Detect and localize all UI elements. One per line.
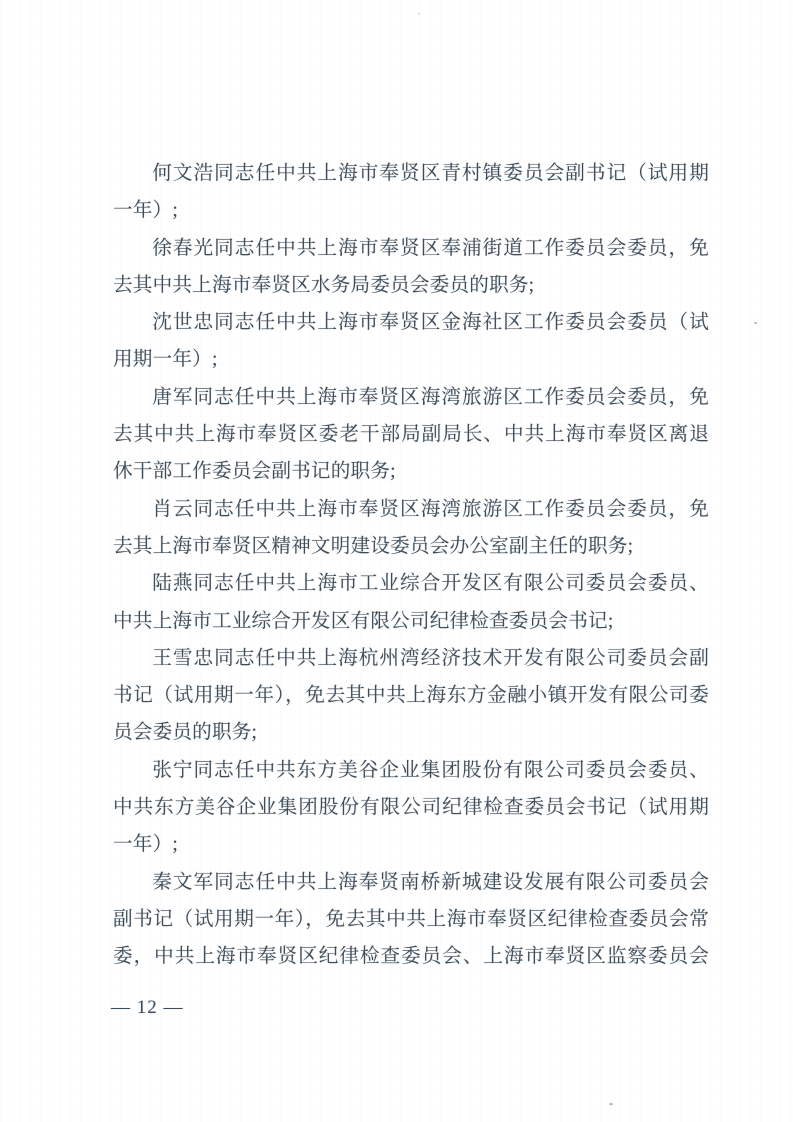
document-body: 何文浩同志任中共上海市奉贤区青村镇委员会副书记（试用期一年）;徐春光同志任中共上…: [113, 155, 709, 976]
text-line: 王雪忠同志任中共上海杭州湾经济技术开发有限公司委员会副: [113, 640, 709, 677]
text-line: 陆燕同志任中共上海市工业综合开发区有限公司委员会委员、: [113, 565, 709, 602]
text-line: 用期一年）;: [113, 341, 709, 378]
text-line: 委，中共上海市奉贤区纪律检查委员会、上海市奉贤区监察委员会: [113, 938, 709, 975]
page-number: — 12 —: [111, 996, 184, 1020]
text-line: 张宁同志任中共东方美谷企业集团股份有限公司委员会委员、: [113, 752, 709, 789]
text-line: 去其中共上海市奉贤区委老干部局副局长、中共上海市奉贤区离退: [113, 416, 709, 453]
text-line: 去其上海市奉贤区精神文明建设委员会办公室副主任的职务;: [113, 528, 709, 565]
document-page: 何文浩同志任中共上海市奉贤区青村镇委员会副书记（试用期一年）;徐春光同志任中共上…: [0, 0, 793, 1122]
text-line: 一年）;: [113, 826, 709, 863]
text-line: 员会委员的职务;: [113, 714, 709, 751]
text-line: 去其中共上海市奉贤区水务局委员会委员的职务;: [113, 267, 709, 304]
scan-speck: [418, 13, 420, 15]
text-line: 肖云同志任中共上海市奉贤区海湾旅游区工作委员会委员，免: [113, 491, 709, 528]
text-line: 中共东方美谷企业集团股份有限公司纪律检查委员会书记（试用期: [113, 789, 709, 826]
scan-speck: [754, 322, 757, 324]
text-line: 休干部工作委员会副书记的职务;: [113, 453, 709, 490]
text-line: 沈世忠同志任中共上海市奉贤区金海社区工作委员会委员（试: [113, 304, 709, 341]
text-line: 何文浩同志任中共上海市奉贤区青村镇委员会副书记（试用期: [113, 155, 709, 192]
text-line: 秦文军同志任中共上海奉贤南桥新城建设发展有限公司委员会: [113, 864, 709, 901]
text-line: 书记（试用期一年），免去其中共上海东方金融小镇开发有限公司委: [113, 677, 709, 714]
scan-speck: [609, 1103, 613, 1105]
text-line: 副书记（试用期一年），免去其中共上海市奉贤区纪律检查委员会常: [113, 901, 709, 938]
text-line: 中共上海市工业综合开发区有限公司纪律检查委员会书记;: [113, 603, 709, 640]
text-line: 唐军同志任中共上海市奉贤区海湾旅游区工作委员会委员，免: [113, 379, 709, 416]
text-line: 一年）;: [113, 192, 709, 229]
text-line: 徐春光同志任中共上海市奉贤区奉浦街道工作委员会委员，免: [113, 230, 709, 267]
